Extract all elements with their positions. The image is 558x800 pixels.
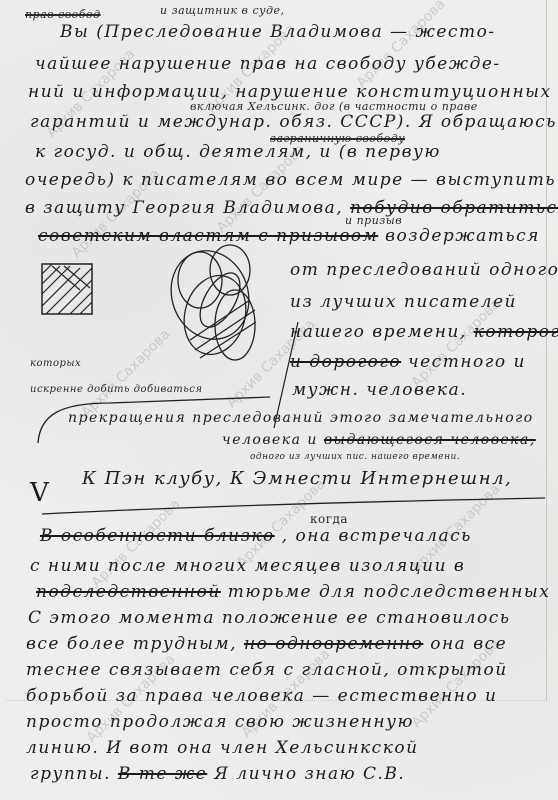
line-text: тюрьме для подследственных xyxy=(228,582,551,602)
struck-text: подследственной xyxy=(36,582,221,602)
text-line: очередь) к писателям во всем мире — выст… xyxy=(25,170,556,190)
struck-text: выдающегося человека, xyxy=(324,432,536,448)
text-line: ний и информации, нарушение конституцион… xyxy=(28,82,552,102)
text-line: гарантий и междунар. обяз. СССР). Я обра… xyxy=(30,112,557,132)
text-line: борьбой за права человека — естественно … xyxy=(26,686,498,706)
text-line: из лучших писателей xyxy=(290,292,517,312)
text-line: теснее связывает себя с гласной, открыто… xyxy=(26,660,508,680)
insert-text: и защитник в суде, xyxy=(160,4,284,17)
text-line: человека и выдающегося человека, xyxy=(222,432,536,448)
text-line: Вы (Преследование Владимова — жесто- xyxy=(60,22,496,42)
text-line: советским властям с призывом воздержатьс… xyxy=(38,226,540,246)
text-line: с ними после многих месяцев изоляции в xyxy=(30,556,465,576)
struck-text: которого xyxy=(474,322,558,342)
line-text: Я лично знаю С.В. xyxy=(214,764,405,784)
text-line: нашего времени, которого xyxy=(290,322,558,342)
text-line: от преследований одного xyxy=(290,260,558,280)
text-line: все более трудным, но одновременно она в… xyxy=(26,634,507,654)
line-text: честного и xyxy=(408,352,526,372)
text-line: К Пэн клубу, К Эмнести Интернешнл, xyxy=(82,468,512,489)
text-line: В особенности близко , она встречалась xyxy=(40,526,472,546)
line-text: нашего времени, xyxy=(290,322,467,342)
line-text: К Эмнести Интернешнл, xyxy=(230,468,512,489)
struck-text: В те же xyxy=(118,764,207,784)
struck-text: и дорогого xyxy=(290,352,401,372)
text-line: подследственной тюрьме для подследственн… xyxy=(36,582,550,602)
struck-text: но одновременно xyxy=(244,634,423,654)
text-line: чайшее нарушение прав на свободу убежде- xyxy=(35,54,501,74)
insert-text: когда xyxy=(310,512,348,526)
text-line: мужн. человека. xyxy=(292,380,467,400)
line-text: она все xyxy=(430,634,507,654)
margin-note: которых xyxy=(30,358,81,369)
scribble-doodle xyxy=(160,240,270,370)
line-text: группы. xyxy=(30,764,111,784)
line-text: в защиту Георгия Владимова, xyxy=(25,198,343,218)
line-text: воздержаться xyxy=(385,226,540,246)
line-text: , она встречалась xyxy=(282,526,472,546)
insert-text: одного из лучших пис. нашего времени. xyxy=(250,452,460,462)
separator-line xyxy=(40,496,550,516)
manuscript-page: Архив Сахарова Архив Сахарова Архив Саха… xyxy=(0,0,558,800)
text-line: линию. И вот она член Хельсинкской xyxy=(26,738,419,758)
line-text: К Пэн клубу, xyxy=(82,468,223,489)
margin-note: искренне добить добиваться xyxy=(30,384,202,395)
line-text: все более трудным, xyxy=(26,634,237,654)
struck-text: В особенности близко xyxy=(40,526,275,546)
text-line: группы. В те же Я лично знаю С.В. xyxy=(30,764,405,784)
text-line: С этого момента положение ее становилось xyxy=(28,608,511,628)
struck-insert: прав свобод xyxy=(25,8,101,21)
text-line: и дорогого честного и xyxy=(290,352,526,372)
text-line: прекращения преследований этого замечате… xyxy=(68,410,534,426)
text-line: к госуд. и общ. деятелям, и (в первую xyxy=(35,142,441,162)
text-line: в защиту Георгия Владимова, побудив обра… xyxy=(25,198,558,218)
text-line: просто продолжая свою жизненную xyxy=(26,712,414,732)
hatched-square-doodle xyxy=(40,262,96,318)
line-text: человека и xyxy=(222,432,318,448)
